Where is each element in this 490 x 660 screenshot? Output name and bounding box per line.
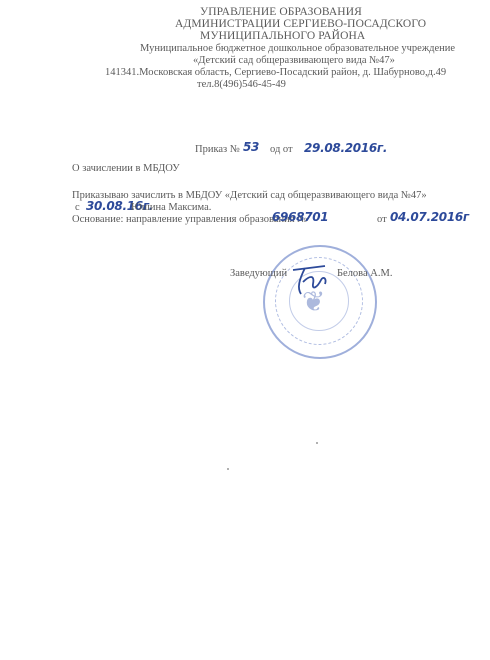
header-line-3: МУНИЦИПАЛЬНОГО РАЙОНА — [200, 30, 365, 42]
order-subject: О зачислении в МБДОУ — [72, 163, 180, 175]
scan-speck — [227, 468, 229, 470]
order-number: 53 — [243, 140, 259, 154]
signature-position: Заведующий — [230, 268, 287, 280]
handwritten-signature-icon — [285, 262, 335, 302]
header-line-1: УПРАВЛЕНИЕ ОБРАЗОВАНИЯ — [200, 6, 362, 18]
basis-number: 6968701 — [272, 210, 328, 224]
scan-speck — [316, 442, 318, 444]
basis-date: 04.07.2016г — [390, 210, 469, 224]
header-line-2: АДМИНИСТРАЦИИ СЕРГИЕВО-ПОСАДСКОГО — [175, 18, 426, 30]
body-from-prefix: с — [75, 202, 80, 214]
header-address: 141341.Московская область, Сергиево-Поса… — [105, 67, 446, 79]
header-line-4: Муниципальное бюджетное дошкольное образ… — [140, 43, 455, 55]
basis-from-label: от — [377, 214, 387, 226]
order-date: 29.08.2016г. — [304, 141, 387, 155]
order-label: Приказ № — [195, 144, 240, 156]
child-name: Юшина Максима. — [131, 202, 211, 214]
signature-name: Белова А.М. — [337, 268, 392, 280]
order-from-label: од от — [270, 144, 293, 156]
header-line-5: «Детский сад общеразвивающего вида №47» — [193, 55, 395, 67]
header-phone: тел.8(496)546-45-49 — [197, 79, 286, 91]
